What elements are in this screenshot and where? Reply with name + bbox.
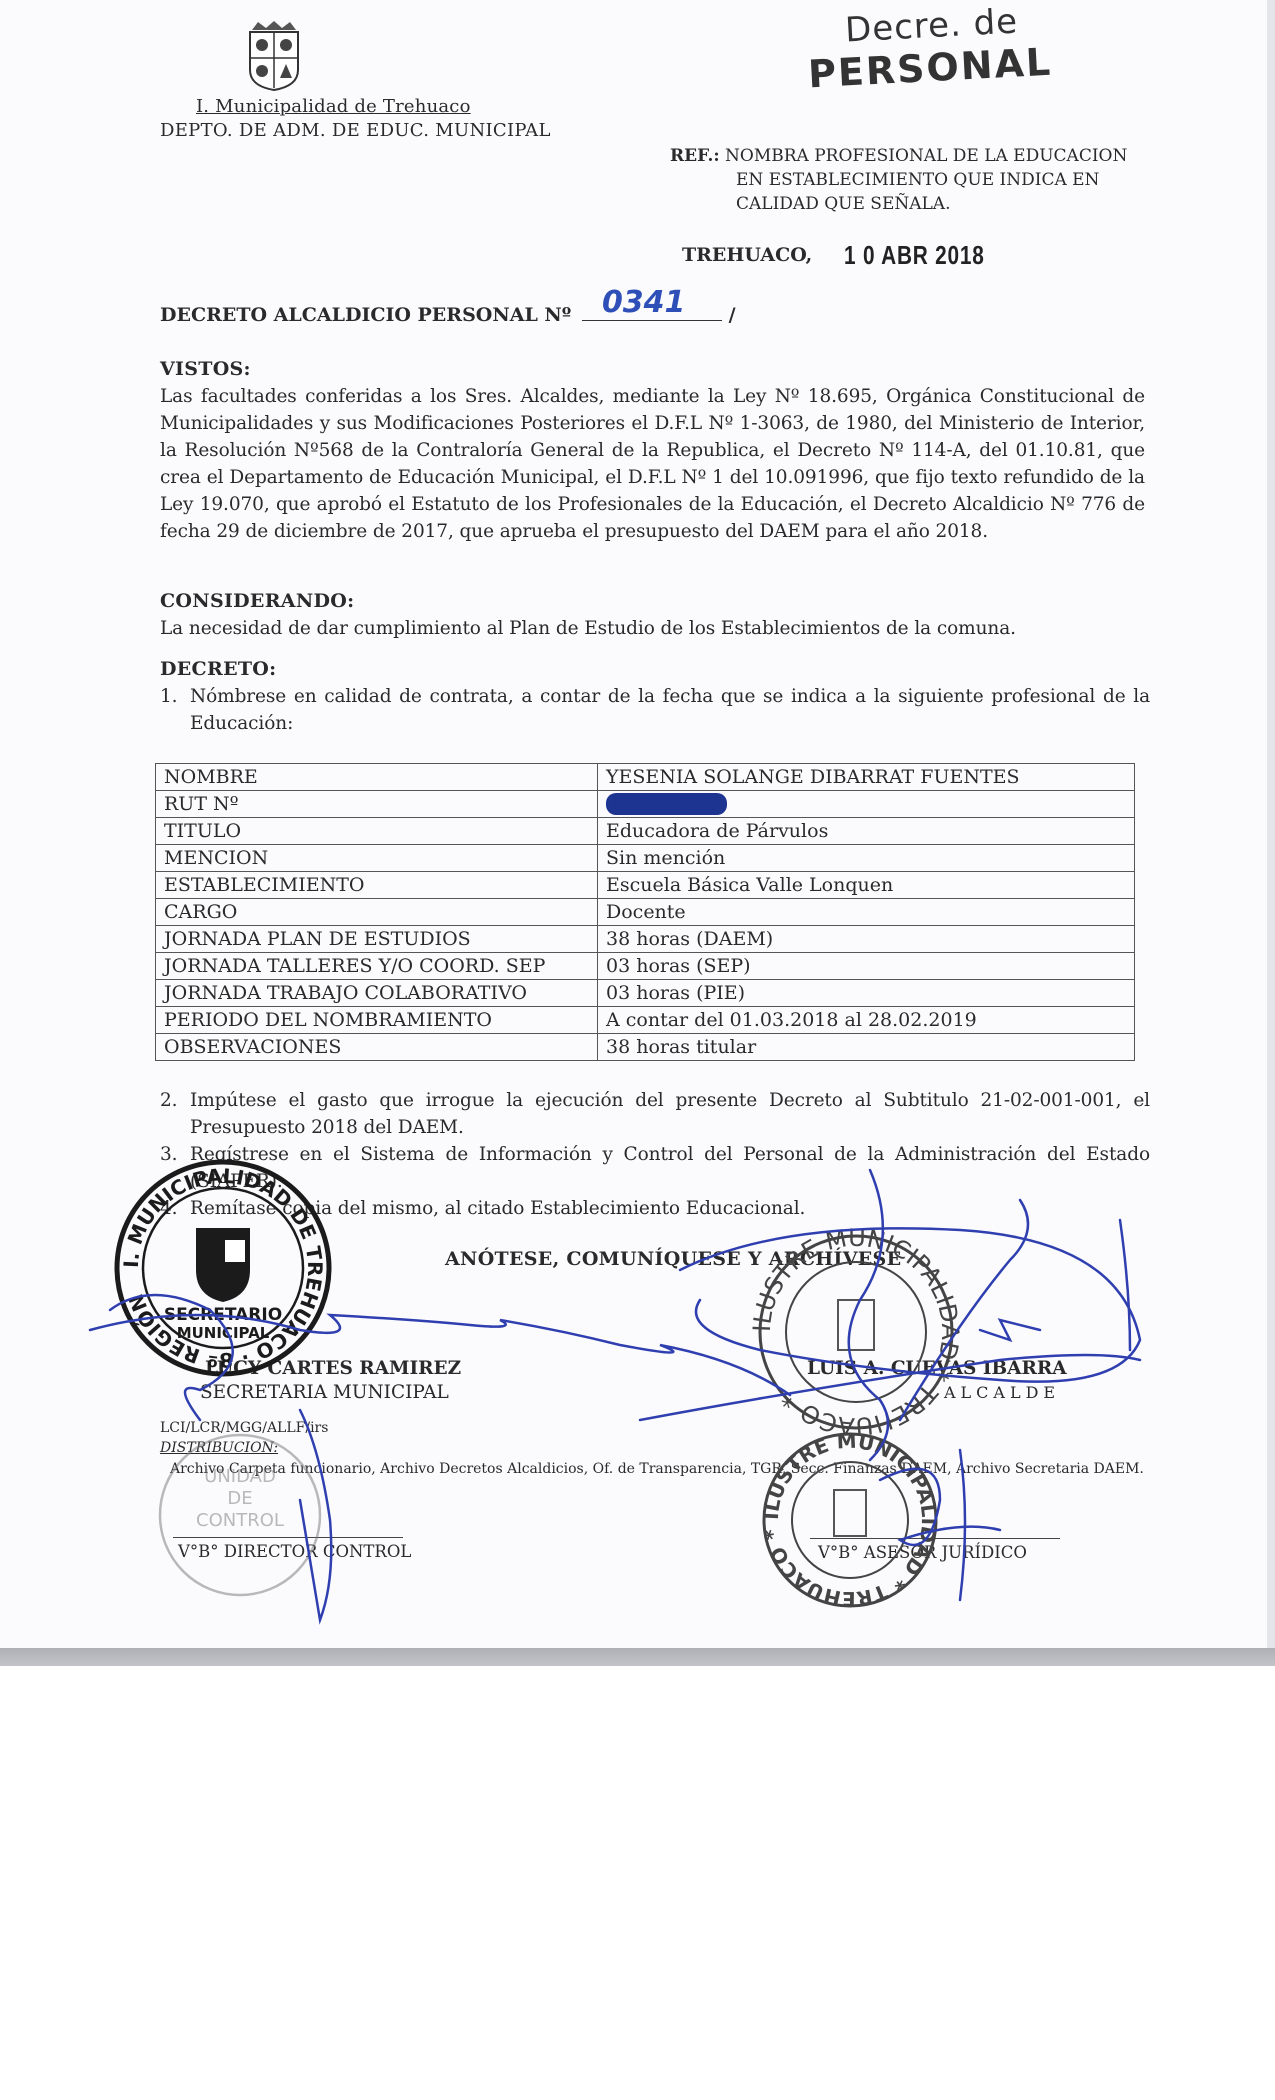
decreto-items-continued: 2. Impútese el gasto que irrogue la ejec… bbox=[160, 1087, 1150, 1222]
table-row: NOMBREYESENIA SOLANGE DIBARRAT FUENTES bbox=[156, 764, 1135, 791]
ref-line-2: EN ESTABLECIMIENTO QUE INDICA EN bbox=[670, 168, 1170, 192]
ref-line-3: CALIDAD QUE SEÑALA. bbox=[670, 192, 1170, 216]
row-value: Escuela Básica Valle Lonquen bbox=[598, 872, 1135, 899]
row-label: JORNADA PLAN DE ESTUDIOS bbox=[156, 926, 598, 953]
table-row: CARGODocente bbox=[156, 899, 1135, 926]
table-row: OBSERVACIONES38 horas titular bbox=[156, 1034, 1135, 1061]
mayor-title: ALCALDE bbox=[944, 1383, 1060, 1402]
considerando-section: CONSIDERANDO: La necesidad de dar cumpli… bbox=[160, 588, 1145, 642]
scan-edge-shadow bbox=[0, 1648, 1275, 1666]
row-label: OBSERVACIONES bbox=[156, 1034, 598, 1061]
row-value: 38 horas (DAEM) bbox=[598, 926, 1135, 953]
row-value: A contar del 01.03.2018 al 28.02.2019 bbox=[598, 1007, 1135, 1034]
distribution-label: DISTRIBUCION: bbox=[160, 1440, 278, 1456]
reference-block: REF.: NOMBRA PROFESIONAL DE LA EDUCACION… bbox=[670, 144, 1170, 216]
row-label: TITULO bbox=[156, 818, 598, 845]
row-value: Educadora de Párvulos bbox=[598, 818, 1135, 845]
table-row: RUT Nº15220920-7 bbox=[156, 791, 1135, 818]
decree-number-line: DECRETO ALCALDICIO PERSONAL Nº 0341 / bbox=[160, 302, 736, 326]
decree-number-handwritten: 0341 bbox=[602, 285, 686, 320]
table-row: TITULOEducadora de Párvulos bbox=[156, 818, 1135, 845]
table-row: JORNADA PLAN DE ESTUDIOS38 horas (DAEM) bbox=[156, 926, 1135, 953]
row-label: RUT Nº bbox=[156, 791, 598, 818]
date-stamp: 1 0 ABR 2018 bbox=[844, 240, 985, 271]
appointment-table: NOMBREYESENIA SOLANGE DIBARRAT FUENTESRU… bbox=[155, 763, 1135, 1061]
considerando-heading: CONSIDERANDO: bbox=[160, 588, 1145, 615]
secretary-title: SECRETARIA MUNICIPAL bbox=[200, 1382, 449, 1403]
row-label: JORNADA TALLERES Y/O COORD. SEP bbox=[156, 953, 598, 980]
considerando-text: La necesidad de dar cumplimiento al Plan… bbox=[160, 615, 1145, 642]
vistos-heading: VISTOS: bbox=[160, 356, 1145, 383]
row-value: 15220920-7 bbox=[598, 791, 1135, 818]
table-row: JORNADA TALLERES Y/O COORD. SEP03 horas … bbox=[156, 953, 1135, 980]
row-value: Docente bbox=[598, 899, 1135, 926]
secretary-name: LUCY CARTES RAMIREZ bbox=[205, 1358, 461, 1379]
distribution-list: Archivo Carpeta funcionario, Archivo Dec… bbox=[170, 1461, 1144, 1477]
table-row: ESTABLECIMIENTOEscuela Básica Valle Lonq… bbox=[156, 872, 1135, 899]
decreto-item-4: 4. Remítase copia del mismo, al citado E… bbox=[160, 1195, 1150, 1222]
decreto-item-3: 3. Regístrese en el Sistema de Informaci… bbox=[160, 1141, 1150, 1195]
control-approval-label: V°B° DIRECTOR CONTROL bbox=[178, 1542, 411, 1561]
legal-approval-label: V°B° ASESOR JURÍDICO bbox=[818, 1543, 1027, 1562]
table-row: MENCIONSin mención bbox=[156, 845, 1135, 872]
decreto-heading: DECRETO: bbox=[160, 656, 1150, 683]
row-label: PERIODO DEL NOMBRAMIENTO bbox=[156, 1007, 598, 1034]
row-label: CARGO bbox=[156, 899, 598, 926]
vistos-text: Las facultades conferidas a los Sres. Al… bbox=[160, 383, 1145, 545]
ref-label: REF.: bbox=[670, 146, 720, 166]
municipal-crest-icon bbox=[244, 20, 304, 92]
mayor-name: LUIS A. CUEVAS IBARRA bbox=[807, 1358, 1067, 1379]
legal-signature-line bbox=[810, 1538, 1060, 1539]
decreto-item-2: 2. Impútese el gasto que irrogue la ejec… bbox=[160, 1087, 1150, 1141]
decree-label: DECRETO ALCALDICIO PERSONAL Nº bbox=[160, 304, 571, 326]
typist-initials: LCI/LCR/MGG/ALLF/irs bbox=[160, 1420, 328, 1436]
decree-trailing-slash: / bbox=[729, 304, 736, 326]
decree-number-field: 0341 bbox=[582, 302, 722, 321]
row-value: YESENIA SOLANGE DIBARRAT FUENTES bbox=[598, 764, 1135, 791]
row-label: ESTABLECIMIENTO bbox=[156, 872, 598, 899]
department-name: DEPTO. DE ADM. DE EDUC. MUNICIPAL bbox=[160, 120, 551, 141]
row-value: 38 horas titular bbox=[598, 1034, 1135, 1061]
row-label: JORNADA TRABAJO COLABORATIVO bbox=[156, 980, 598, 1007]
row-value: 03 horas (SEP) bbox=[598, 953, 1135, 980]
redacted-rut: 15220920-7 bbox=[606, 793, 727, 815]
decreto-item-1: 1. Nómbrese en calidad de contrata, a co… bbox=[160, 683, 1150, 737]
vistos-section: VISTOS: Las facultades conferidas a los … bbox=[160, 356, 1145, 545]
row-value: 03 horas (PIE) bbox=[598, 980, 1135, 1007]
municipality-name: I. Municipalidad de Trehuaco bbox=[196, 96, 471, 117]
row-label: NOMBRE bbox=[156, 764, 598, 791]
table-row: PERIODO DEL NOMBRAMIENTOA contar del 01.… bbox=[156, 1007, 1135, 1034]
decreto-section: DECRETO: 1. Nómbrese en calidad de contr… bbox=[160, 656, 1150, 737]
row-value: Sin mención bbox=[598, 845, 1135, 872]
row-label: MENCION bbox=[156, 845, 598, 872]
table-row: JORNADA TRABAJO COLABORATIVO03 horas (PI… bbox=[156, 980, 1135, 1007]
control-signature-line bbox=[173, 1537, 403, 1538]
place: TREHUACO, bbox=[682, 244, 812, 266]
ref-line-1: NOMBRA PROFESIONAL DE LA EDUCACION bbox=[725, 146, 1127, 166]
closing-formula: ANÓTESE, COMUNÍQUESE Y ARCHÍVESE bbox=[445, 1248, 901, 1270]
